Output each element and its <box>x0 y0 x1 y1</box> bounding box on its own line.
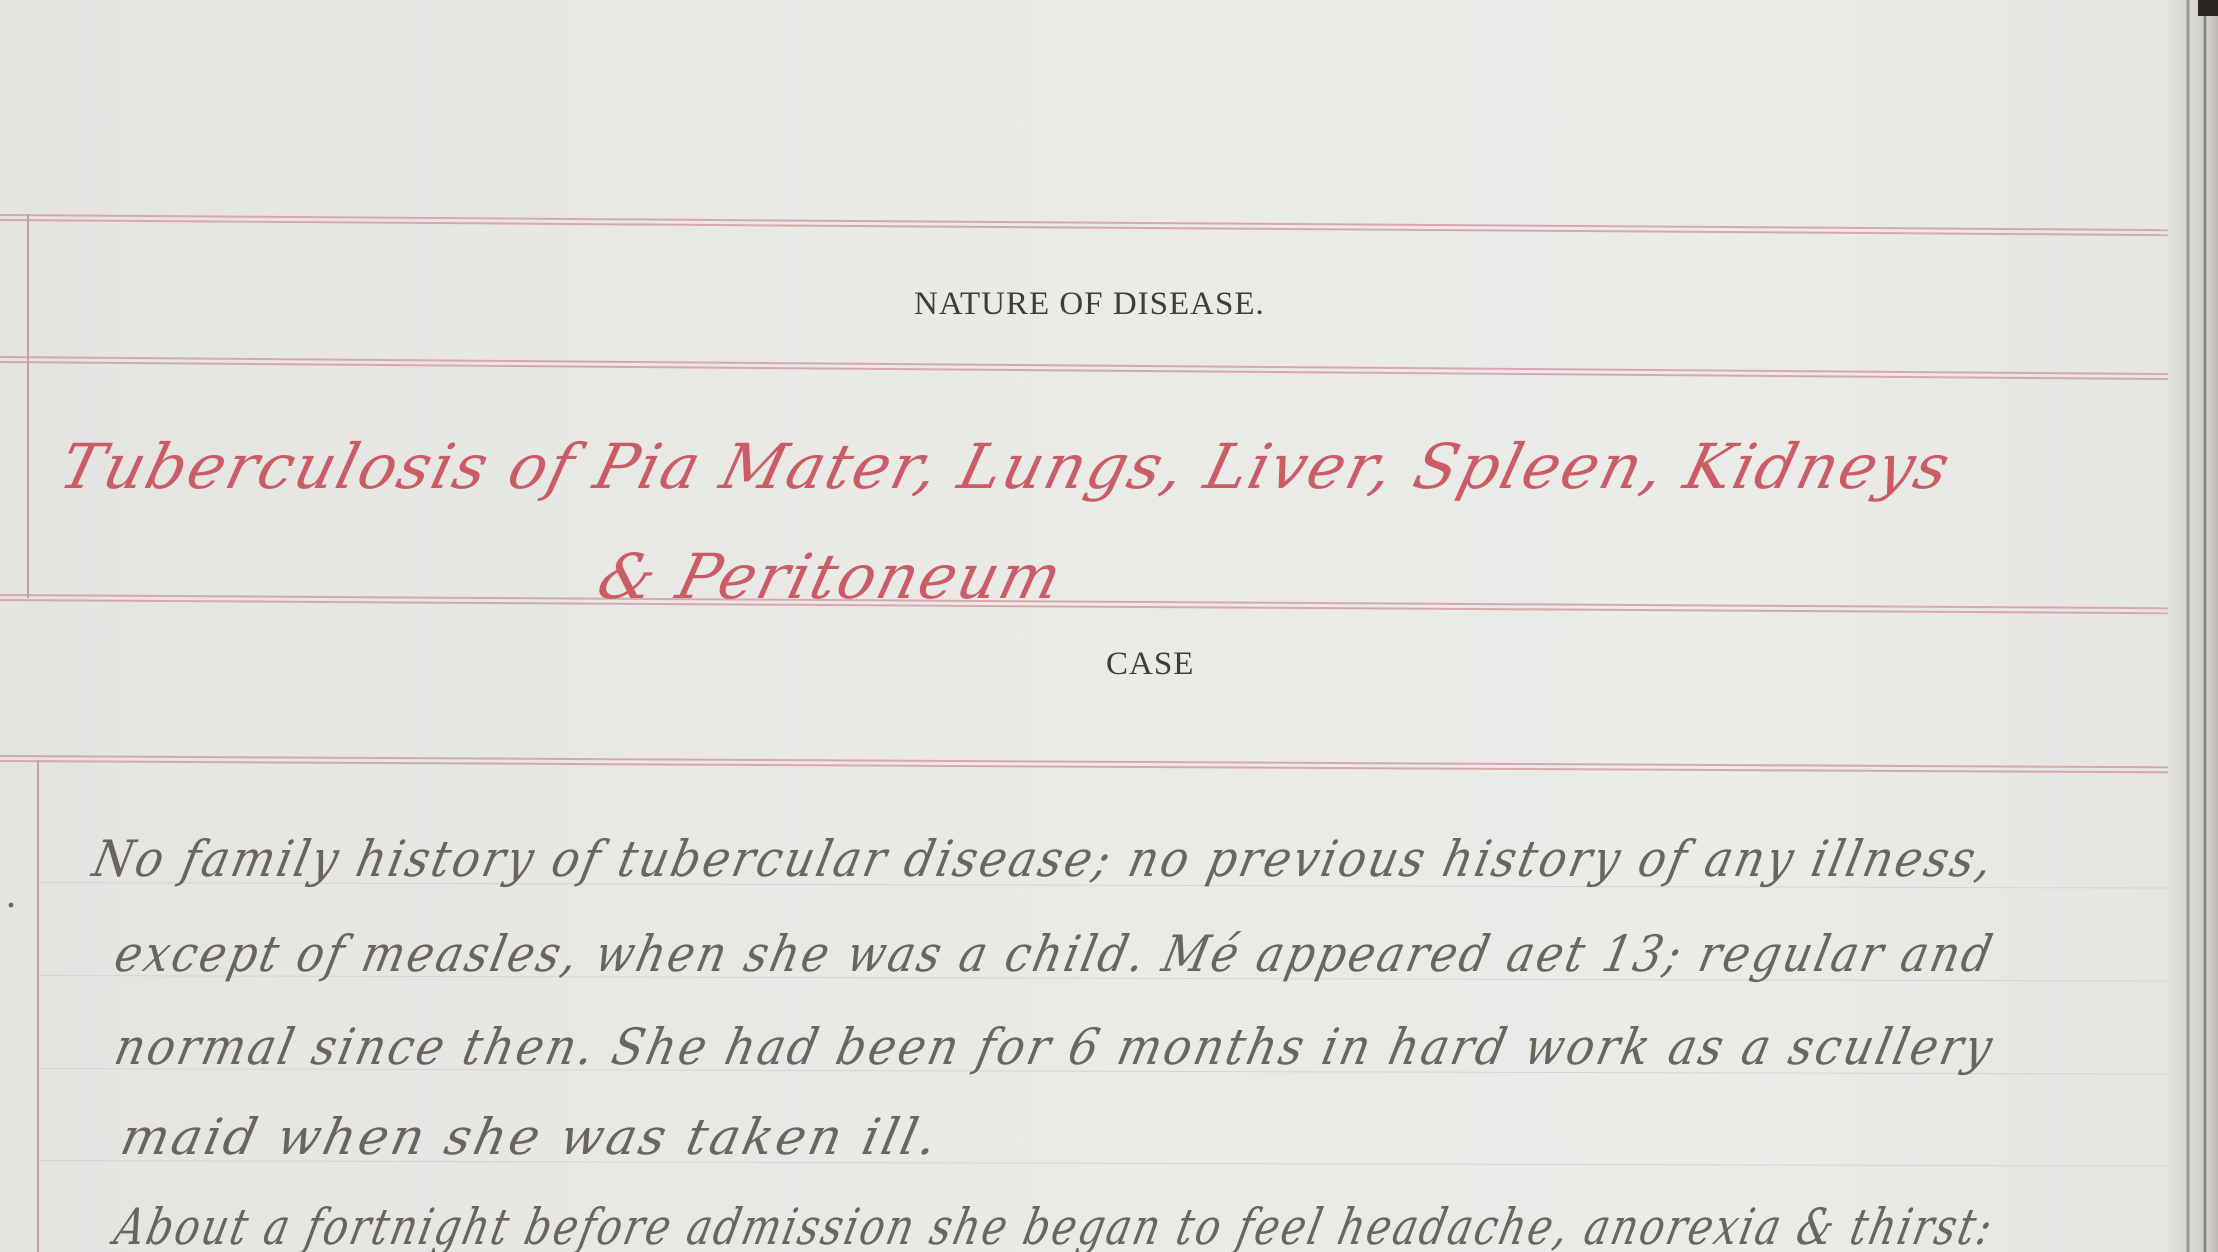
book-binding-edge <box>2168 0 2218 1252</box>
nature-entry-bottom-rule <box>0 594 2168 614</box>
diagnosis-line-2: & Peritoneum <box>591 540 1071 613</box>
top-double-rule <box>0 214 2168 236</box>
case-note-line: except of measles, when she was a child.… <box>110 925 2000 983</box>
left-margin-line-case <box>37 760 39 1252</box>
nature-heading-bottom-rule <box>0 356 2168 380</box>
nature-of-disease-heading: NATURE OF DISEASE. <box>914 286 1265 323</box>
case-heading-bottom-rule <box>0 755 2168 773</box>
left-margin-line-upper <box>27 214 29 598</box>
case-note-line: normal since then. She had been for 6 mo… <box>110 1018 2000 1076</box>
case-note-line: No family history of tubercular disease;… <box>88 830 2001 888</box>
case-note-line: maid when she was taken ill. <box>116 1108 945 1166</box>
margin-dot: . <box>6 870 16 917</box>
diagnosis-line-1: Tuberculosis of Pia Mater, Lungs, Liver,… <box>53 430 1959 503</box>
case-note-line: About a fortnight before admission she b… <box>110 1198 2000 1252</box>
case-heading: CASE <box>1106 646 1194 683</box>
ledger-page: NATURE OF DISEASE. CASE Tuberculosis of … <box>0 0 2168 1252</box>
